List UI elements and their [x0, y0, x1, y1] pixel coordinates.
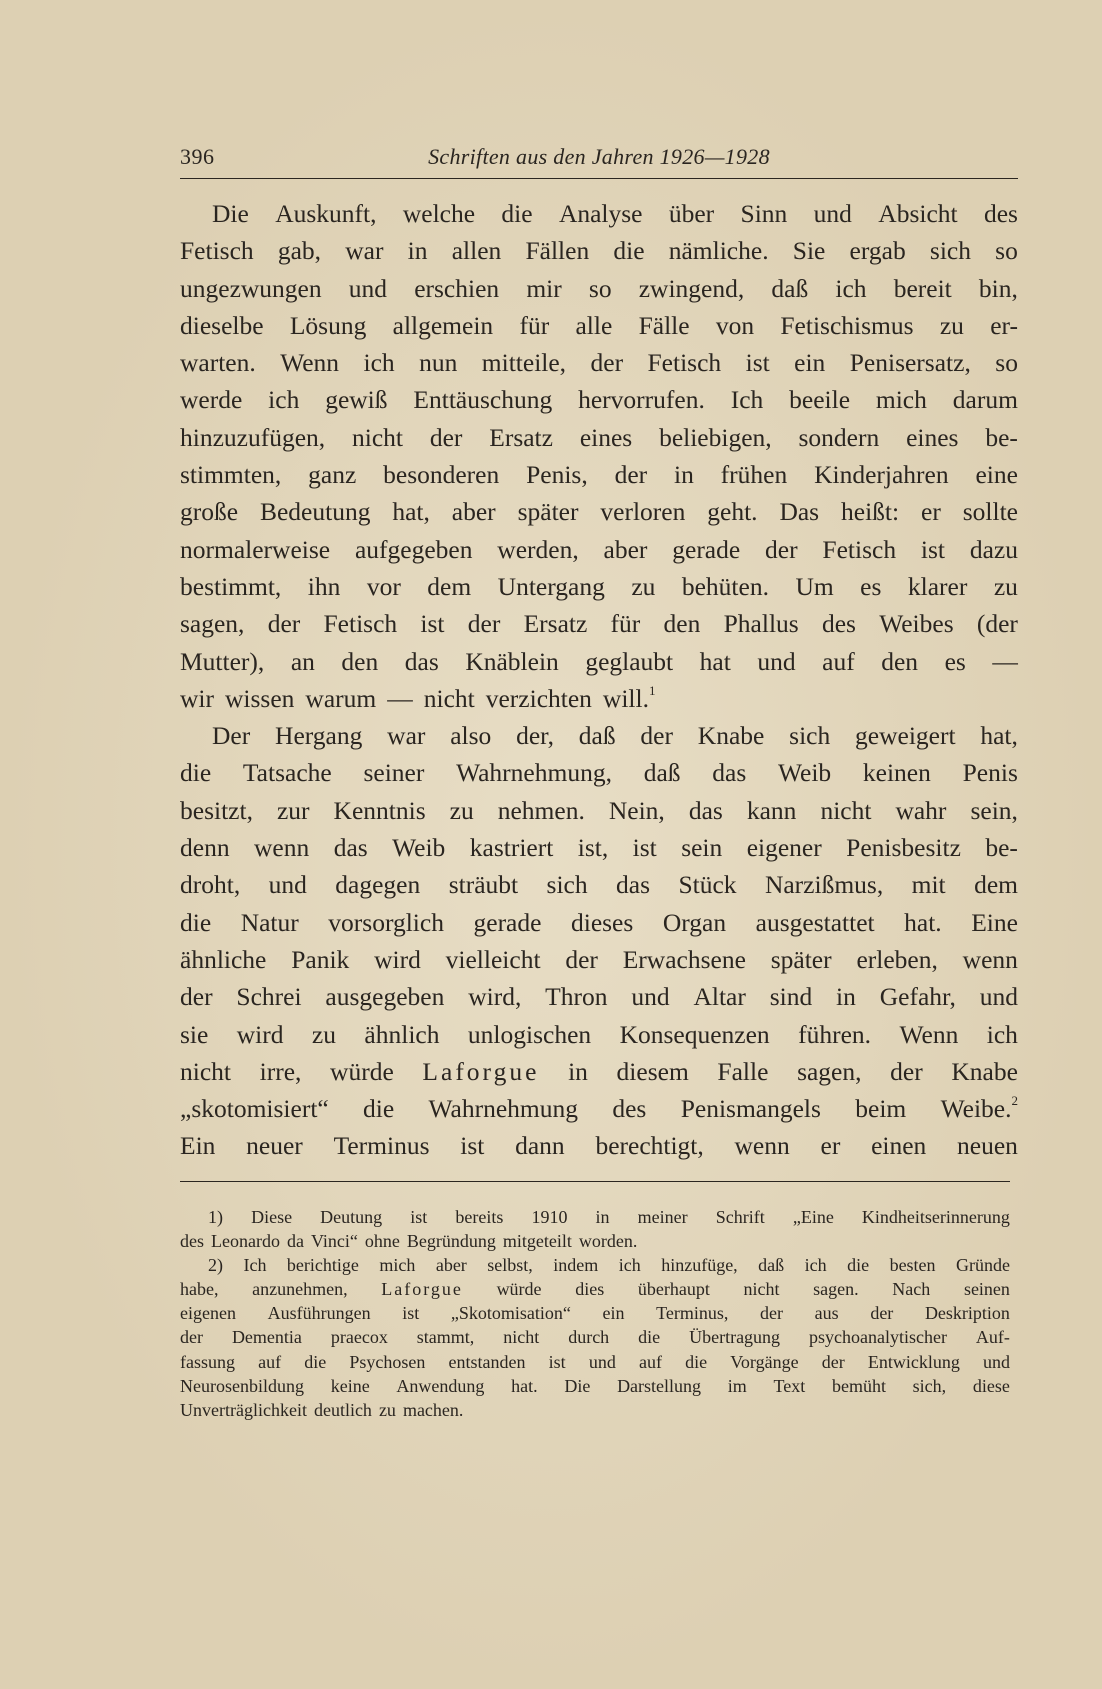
body-text-line: werdeichgewißEnttäuschunghervorrufen.Ich…	[180, 381, 1018, 418]
body-text-line: nichtirre,würdeLaforgueindiesemFallesage…	[180, 1053, 1018, 1090]
body-text-line: DerHergangwaralsoder,daßderKnabesichgewe…	[180, 717, 1018, 754]
body-text-line: wirwissenwarum—nichtverzichtenwill.1	[180, 680, 1018, 717]
body-text-line: DieAuskunft,welchedieAnalyseüberSinnundA…	[180, 195, 1018, 232]
footnote-line: 1)DieseDeutungistbereits1910inmeinerSchr…	[180, 1205, 1010, 1229]
footnote-line: eigenenAusführungenist„Skotomisation“ein…	[180, 1301, 1010, 1325]
body-text-line: EinneuerTerminusistdannberechtigt,wenner…	[180, 1127, 1018, 1164]
body-text-line: sagen,derFetischistderErsatzfürdenPhallu…	[180, 605, 1018, 642]
body-text-line: besitzt,zurKenntniszunehmen.Nein,daskann…	[180, 792, 1018, 829]
body-text-line: dieNaturvorsorglichgeradediesesOrganausg…	[180, 904, 1018, 941]
footnote-line: Unverträglichkeitdeutlichzumachen.	[180, 1398, 1010, 1422]
body-text-line: bestimmt,ihnvordemUntergangzubehüten.Ume…	[180, 568, 1018, 605]
main-text: DieAuskunft,welchedieAnalyseüberSinnundA…	[180, 195, 1018, 1165]
body-text-line: Mutter),andendasKnäbleingeglaubthatundau…	[180, 643, 1018, 680]
body-text-line: großeBedeutunghat,aberspäterverlorengeht…	[180, 493, 1018, 530]
body-text-line: droht,unddagegensträubtsichdasStückNarzi…	[180, 866, 1018, 903]
footnote-line: fassungaufdiePsychosenentstandenistundau…	[180, 1350, 1010, 1374]
body-text-line: siewirdzuähnlichunlogischenKonsequenzenf…	[180, 1016, 1018, 1053]
body-text-line: warten.Wennichnunmitteile,derFetischiste…	[180, 344, 1018, 381]
footnote-line: desLeonardodaVinci“ohneBegründungmitgete…	[180, 1229, 1010, 1253]
footnote-ref[interactable]: 2	[1011, 1093, 1018, 1108]
body-text-line: normalerweiseaufgegebenwerden,abergerade…	[180, 531, 1018, 568]
footnote-divider	[180, 1181, 1010, 1182]
body-text-line: dieselbeLösungallgemeinfüralleFällevonFe…	[180, 307, 1018, 344]
running-title: Schriften aus den Jahren 1926—1928	[180, 144, 1018, 170]
footnote-line: 2)Ichberichtigemichaberselbst,indemichhi…	[180, 1253, 1010, 1277]
body-text-line: derSchreiausgegebenwird,ThronundAltarsin…	[180, 978, 1018, 1015]
body-text-line: „skotomisiert“dieWahrnehmungdesPenismang…	[180, 1090, 1018, 1127]
footnote-ref[interactable]: 1	[649, 683, 656, 698]
footnote-line: habe,anzunehmen,Laforguewürdediesüberhau…	[180, 1277, 1010, 1301]
footnote-line: NeurosenbildungkeineAnwendunghat.DieDars…	[180, 1374, 1010, 1398]
body-text-line: Fetischgab,warinallenFällendienämliche.S…	[180, 232, 1018, 269]
footnote-line: derDementiapraecoxstammt,nichtdurchdieÜb…	[180, 1325, 1010, 1349]
body-text-line: hinzuzufügen,nichtderErsatzeinesbeliebig…	[180, 419, 1018, 456]
body-text-line: dieTatsacheseinerWahrnehmung,daßdasWeibk…	[180, 754, 1018, 791]
book-page: 396 Schriften aus den Jahren 1926—1928 D…	[0, 0, 1102, 1689]
body-text-line: dennwenndasWeibkastriertist,istseineigen…	[180, 829, 1018, 866]
page-header: 396 Schriften aus den Jahren 1926—1928	[180, 144, 1018, 179]
body-text-line: ähnlichePanikwirdvielleichtderErwachsene…	[180, 941, 1018, 978]
footnotes: 1)DieseDeutungistbereits1910inmeinerSchr…	[180, 1205, 1010, 1422]
body-text-line: stimmten,ganzbesonderenPenis,derinfrühen…	[180, 456, 1018, 493]
body-text-line: ungezwungenunderschienmirsozwingend,daßi…	[180, 270, 1018, 307]
